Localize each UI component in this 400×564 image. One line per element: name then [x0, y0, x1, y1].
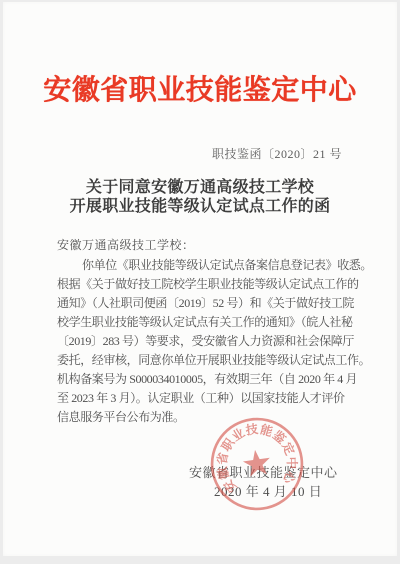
signature-org-name: 安徽省职业技能鉴定中心 — [189, 462, 338, 481]
body-line: 你单位《职业技能等级认定试点备案信息登记表》收悉。 — [57, 256, 345, 275]
document-page: 安徽省职业技能鉴定中心 职技鉴函〔2020〕21 号 关于同意安徽万通高级技工学… — [3, 2, 397, 556]
document-title-line2: 开展职业技能等级认定试点工作的函 — [3, 197, 397, 216]
body-line: 机构备案号为 S000034010005，有效期三年（自 2020 年 4 月 — [57, 370, 345, 389]
document-number: 职技鉴函〔2020〕21 号 — [212, 145, 342, 162]
scanned-document-page: { "document": { "letterhead": "安徽省职业技能鉴定… — [0, 0, 400, 564]
body-line: 〔2019〕283 号）等要求，受安徽省人力资源和社会保障厅 — [57, 332, 345, 351]
document-title-line1: 关于同意安徽万通高级技工学校 — [3, 178, 397, 197]
body-line: 通知》（人社职司便函〔2019〕52 号）和《关于做好技工院 — [57, 294, 345, 313]
body-line: 委托，经审核，同意你单位开展职业技能等级认定试点工作。 — [57, 351, 345, 370]
letterhead-title: 安徽省职业技能鉴定中心 — [3, 68, 397, 108]
document-title: 关于同意安徽万通高级技工学校 开展职业技能等级认定试点工作的函 — [3, 178, 397, 216]
salutation: 安徽万通高级技工学校： — [57, 234, 345, 256]
body-line: 信息服务平台公布为准。 — [57, 408, 345, 427]
signature-date: 2020 年 4 月 10 日 — [214, 481, 322, 500]
body-line: 根据《关于做好技工院校学生职业技能等级认定试点工作的 — [57, 275, 345, 294]
body-line: 校学生职业技能等级认定试点有关工作的通知》（皖人社秘 — [57, 313, 345, 332]
body-line: 至 2023 年 3 月）。认定职业（工种）以国家技能人才评价 — [57, 389, 345, 408]
letter-body: 安徽万通高级技工学校： 你单位《职业技能等级认定试点备案信息登记表》收悉。 根据… — [57, 234, 345, 427]
